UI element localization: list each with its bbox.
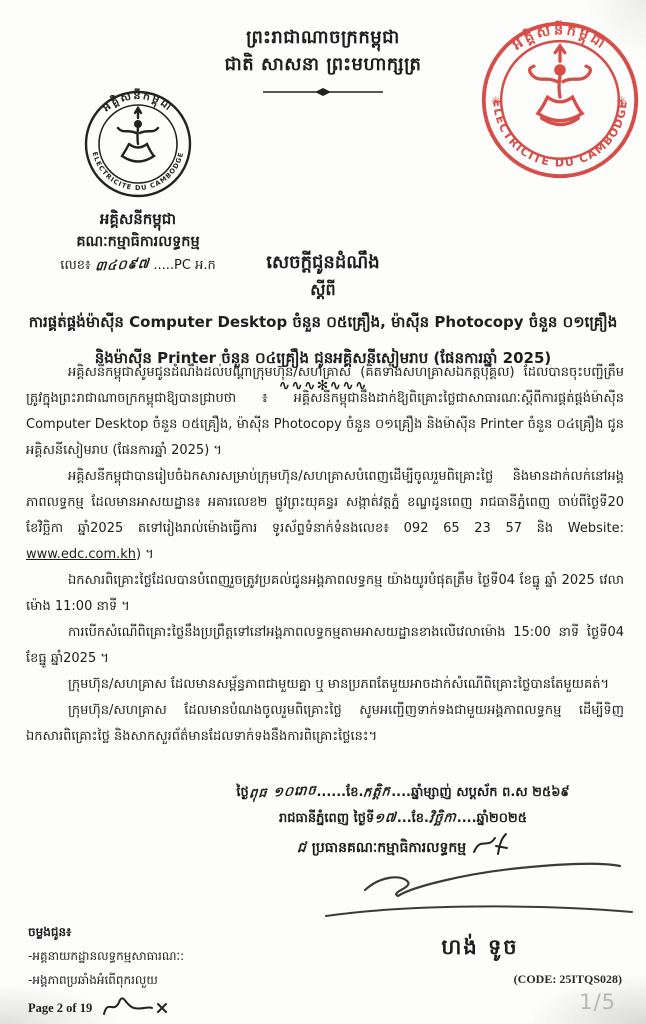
- paragraph-3: ឯកសារពិគ្រោះថ្លៃដែលបានបំពេញរួចត្រូវប្រគល…: [26, 568, 624, 620]
- header-divider: [253, 86, 393, 98]
- gregorian-month-handwritten: វិច្ឆិកា: [428, 805, 458, 833]
- place-and-day-label: រាជធានីភ្នំពេញ ថ្ងៃទី: [279, 811, 374, 826]
- gregorian-date-line: រាជធានីភ្នំពេញ ថ្ងៃទី១៧...ខែ.វិច្ឆិកា...…: [180, 806, 626, 832]
- handwritten-initials-icon: [100, 992, 170, 1022]
- paragraph-2: អគ្គិសនីកម្ពុជាបានរៀបចំឯកសារសម្រាប់ក្រុម…: [26, 464, 624, 568]
- svg-text:ELECTRICITE DU CAMBODGE: ELECTRICITE DU CAMBODGE: [91, 151, 186, 192]
- paragraph-4: ការបើកសំណើពិគ្រោះថ្លៃនឹងប្រព្រឹត្តទៅនៅអង…: [26, 620, 624, 672]
- signoff-block: ថ្ងៃពុធ ១០រោច......ខែ.កត្តិក....ឆ្នាំម្ស…: [180, 780, 626, 862]
- scanned-document-page: ព្រះរាជាណាចក្រកម្ពុជា ជាតិ សាសនា ព្រះមហា…: [0, 0, 646, 1024]
- lunar-day-label: ថ្ងៃ: [236, 785, 248, 800]
- edc-seal-logo: អគ្គិសនីកម្ពុជា ELECTRICITE DU CAMBODGE: [82, 86, 194, 202]
- stamp-star-right-icon: ✳: [616, 94, 627, 109]
- signer-title: ប្រធានគណៈកម្មាធិការលទ្ធកម្ម: [312, 840, 466, 856]
- lunar-date-line: ថ្ងៃពុធ ១០រោច......ខែ.កត្តិក....ឆ្នាំម្ស…: [180, 780, 626, 806]
- signature-stroke-icon: [320, 858, 640, 928]
- edc-red-stamp: អគ្គិសនីកម្ពុជា ELECTRICITE DU CAMBODGE …: [478, 12, 642, 184]
- logo-bottom-text: ELECTRICITE DU CAMBODGE: [91, 151, 186, 192]
- page-label: Page 2 of 19: [28, 1001, 92, 1015]
- viewer-page-indicator: 1/5: [579, 990, 616, 1014]
- cc-block: ចម្លងជូន៖ -អគ្គនាយកដ្ឋានលទ្ធកម្មសាធារណៈ:…: [28, 920, 184, 1022]
- signer-name: ហង់ ទូច: [320, 934, 640, 965]
- lunar-month-label: ......ខែ.: [316, 785, 363, 800]
- document-code: (CODE: 25ITQS028): [514, 972, 622, 987]
- stamp-star-left-icon: ✳: [491, 94, 502, 109]
- paragraph-6: ក្រុមហ៊ុន/សហគ្រាស ដែលមានបំណងចូលរួមពិគ្រោ…: [26, 698, 624, 750]
- lunar-day-handwritten: ពុធ ១០រោច: [248, 778, 318, 808]
- announcement-title: សេចក្តីជូនដំណឹង: [0, 250, 646, 276]
- on-behalf-prefix: ជ: [296, 834, 308, 863]
- page-number-line: Page 2 of 19: [28, 992, 184, 1022]
- gregorian-month-label: ...ខែ.: [397, 811, 429, 826]
- paragraph-2-text: អគ្គិសនីកម្ពុជាបានរៀបចំឯកសារសម្រាប់ក្រុម…: [26, 469, 624, 536]
- paragraph-5: ក្រុមហ៊ុន/សហគ្រាស ដែលមានសម្ព័ន្ធភាពជាមួយ…: [26, 672, 624, 698]
- paragraph-1: អគ្គិសនីកម្ពុជាសូមជូនដំណឹងដល់បណ្តាក្រុមហ…: [26, 360, 624, 464]
- subject-line-1: ការផ្គត់ផ្គង់ម៉ាស៊ីន Computer Desktop ចំ…: [0, 304, 646, 340]
- gregorian-year-text: ....ឆ្នាំ២០២៥: [457, 811, 527, 826]
- handwritten-flourish-icon: [471, 832, 509, 858]
- gregorian-day-handwritten: ១៧: [373, 805, 398, 832]
- signature-block: ហង់ ទូច: [320, 858, 640, 965]
- apsara-figure-icon: [530, 46, 591, 125]
- cc-item: -អគ្គនាយកដ្ឋានលទ្ធកម្មសាធារណៈ:: [28, 944, 184, 968]
- lunar-year-text: ....ឆ្នាំម្សាញ់ សប្តស័ក ព.ស ២៥៦៩: [391, 785, 569, 800]
- cc-label: ចម្លងជូន៖: [28, 920, 184, 944]
- organization-block: អគ្គិសនីកម្ពុជា ELECTRICITE DU CAMBODGE …: [48, 86, 228, 276]
- lunar-month-handwritten: កត្តិក: [362, 779, 392, 807]
- org-name: អគ្គិសនីកម្ពុជា: [48, 208, 228, 231]
- cc-item: -អង្គភាពប្រឆាំងអំពើពុករលួយ: [28, 968, 184, 992]
- edc-website-link: www.edc.com.kh: [26, 547, 136, 562]
- logo-dancer-icon: [118, 108, 158, 162]
- regarding-label: ស្តីពី: [0, 276, 646, 304]
- paragraph-2-tail: ) ។: [136, 547, 154, 562]
- body-text: អគ្គិសនីកម្ពុជាសូមជូនដំណឹងដល់បណ្តាក្រុមហ…: [26, 360, 624, 750]
